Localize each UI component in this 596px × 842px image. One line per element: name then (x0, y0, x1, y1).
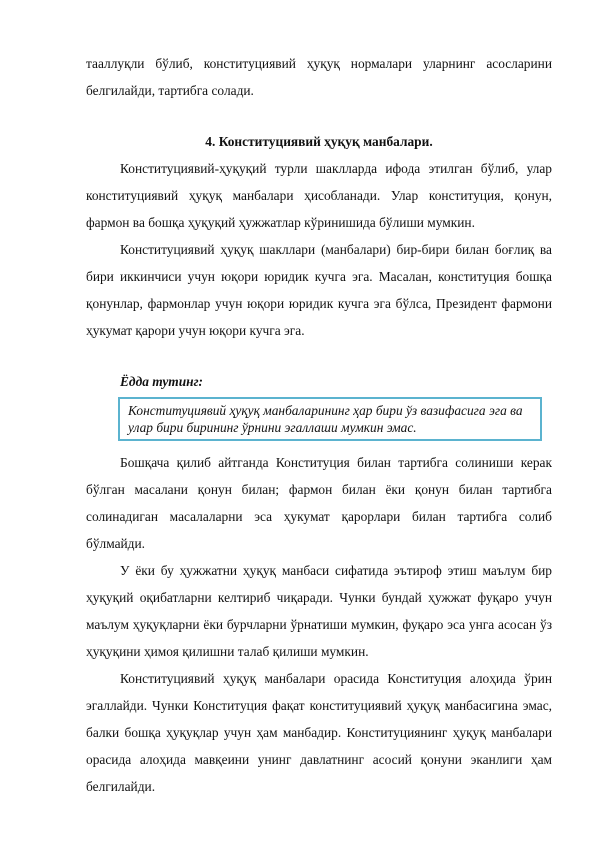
note-box: Конституциявий ҳуқуқ манбаларининг ҳар б… (118, 397, 542, 441)
body-paragraph: Бошқача қилиб айтганда Конституция билан… (86, 449, 552, 557)
body-paragraph: Конституциявий ҳуқуқ шакллари (манбалари… (86, 236, 552, 344)
spacer (86, 104, 552, 128)
body-paragraph: Конституциявий-ҳуқуқий турли шаклларда и… (86, 155, 552, 236)
body-paragraph: У ёки бу ҳужжатни ҳуқуқ манбаси сифатида… (86, 557, 552, 665)
body-paragraph: Конституциявий ҳуқуқ манбалари орасида К… (86, 665, 552, 800)
continuation-paragraph: тааллуқли бўлиб, конституциявий ҳуқуқ но… (86, 50, 552, 104)
spacer (86, 344, 552, 368)
document-page: тааллуқли бўлиб, конституциявий ҳуқуқ но… (86, 50, 552, 800)
note-title: Ёдда тутинг: (86, 368, 552, 395)
section-heading: 4. Конституциявий ҳуқуқ манбалари. (86, 128, 552, 155)
note-text: Конституциявий ҳуқуқ манбаларининг ҳар б… (128, 403, 523, 435)
